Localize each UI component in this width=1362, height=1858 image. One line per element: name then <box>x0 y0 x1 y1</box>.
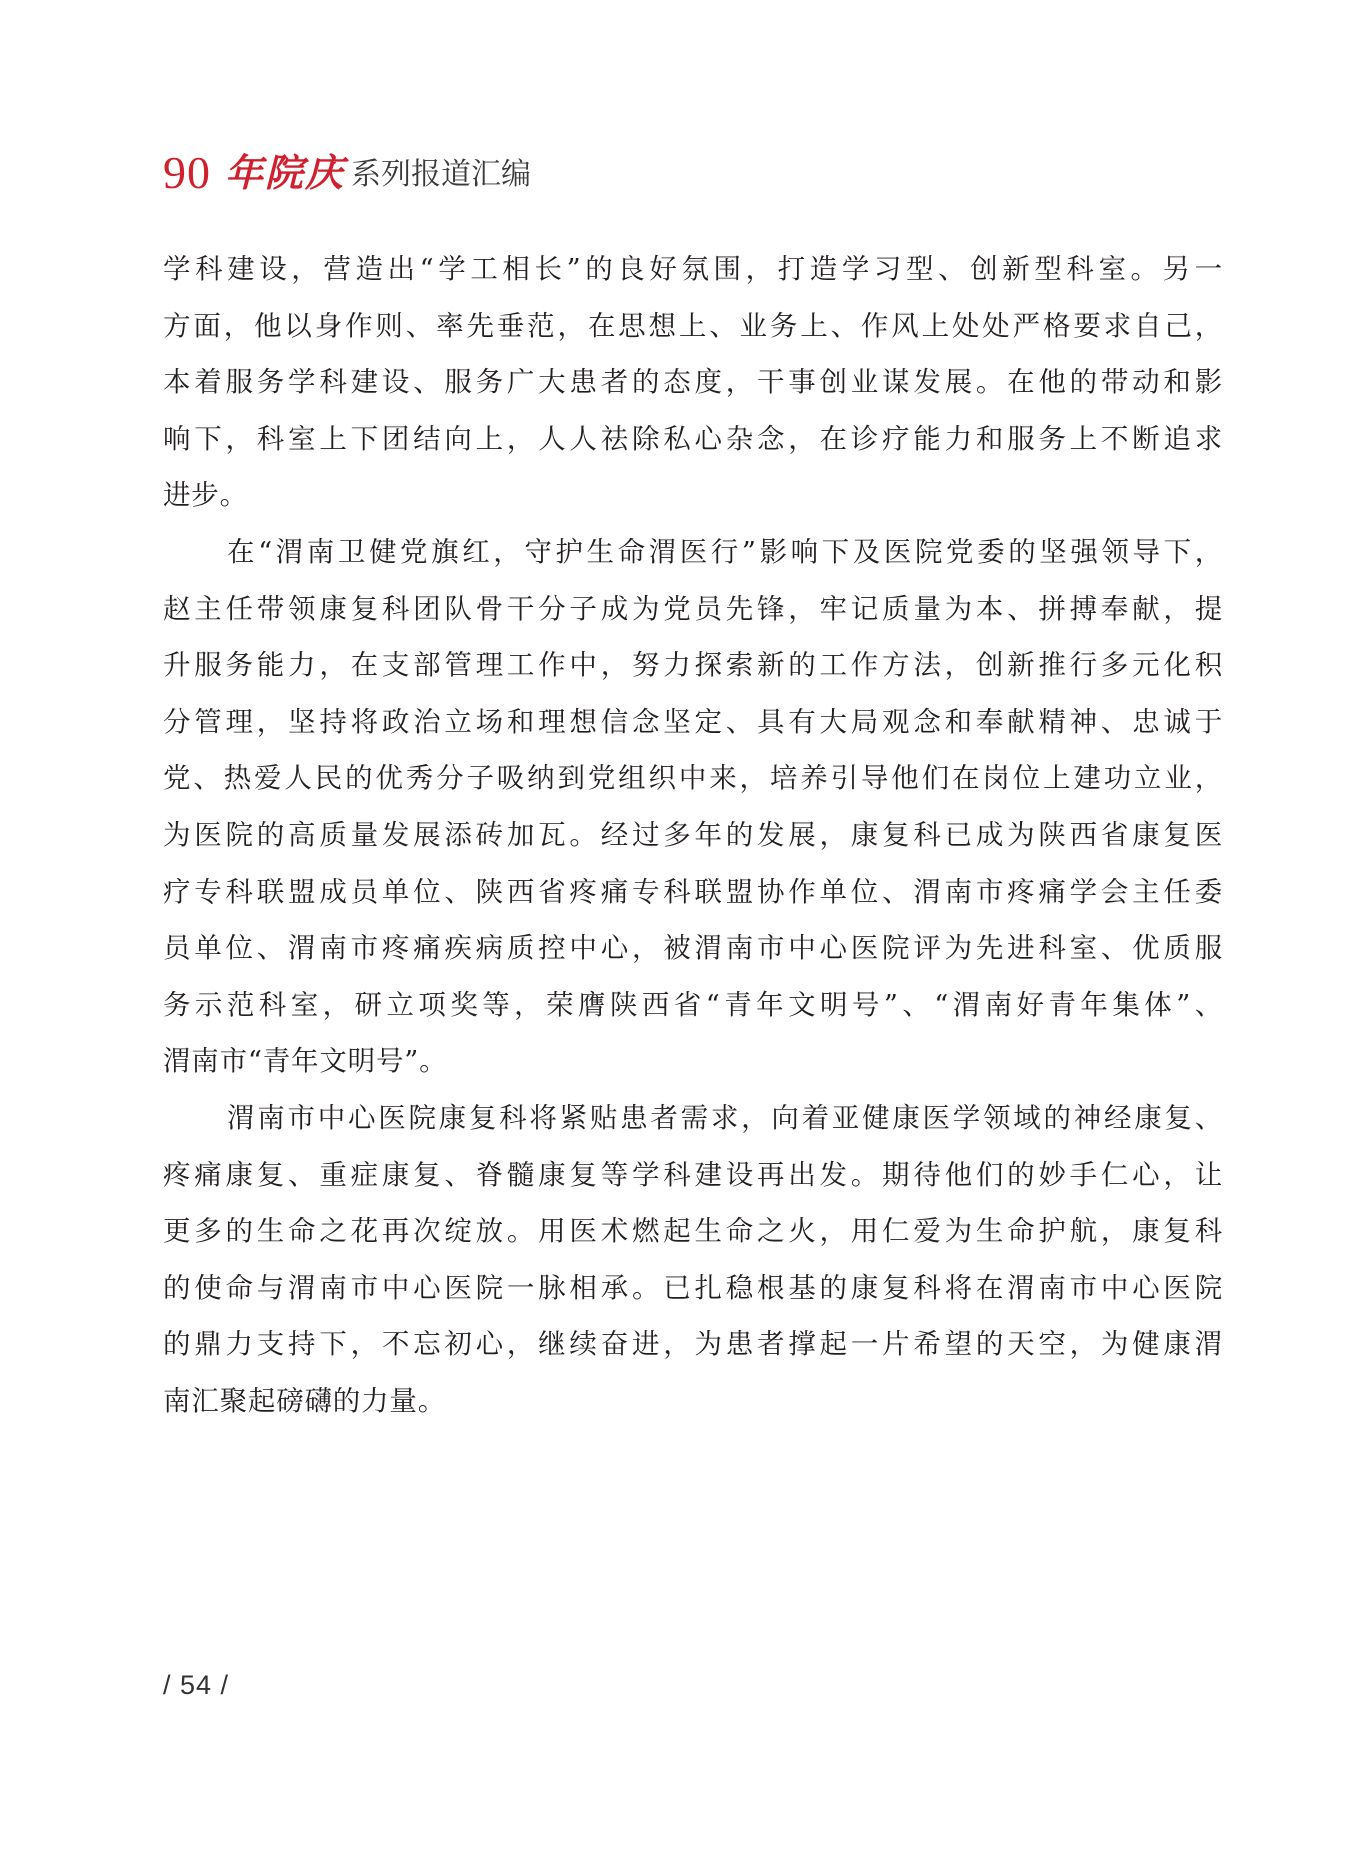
header-anniversary-title: 年院庆 <box>225 148 345 198</box>
paragraph: 学科建设，营造出“学工相长”的良好氛围，打造学习型、创新型科室。另一 方面，他以… <box>163 241 1223 524</box>
page-number: / 54 / <box>163 1670 229 1701</box>
header-series-subtitle: 系列报道汇编 <box>351 152 531 198</box>
text-line: 在“渭南卫健党旗红，守护生命渭医行”影响下及医院党委的坚强领导下， <box>163 524 1223 581</box>
page-header: 90 年院庆 系列报道汇编 <box>163 148 531 198</box>
text-line: 分管理，坚持将政治立场和理想信念坚定、具有大局观念和奉献精神、忠诚于 <box>163 694 1223 751</box>
paragraph: 在“渭南卫健党旗红，守护生命渭医行”影响下及医院党委的坚强领导下， 赵主任带领康… <box>163 524 1223 1090</box>
text-line: 员单位、渭南市疼痛疾病质控中心，被渭南市中心医院评为先进科室、优质服 <box>163 920 1223 977</box>
text-line: 升服务能力，在支部管理工作中，努力探索新的工作方法，创新推行多元化积 <box>163 637 1223 694</box>
text-line: 赵主任带领康复科团队骨干分子成为党员先锋，牢记质量为本、拼搏奉献，提 <box>163 581 1223 638</box>
text-line: 响下，科室上下团结向上，人人祛除私心杂念，在诊疗能力和服务上不断追求 <box>163 411 1223 468</box>
text-line: 渭南市中心医院康复科将紧贴患者需求，向着亚健康医学领域的神经康复、 <box>163 1090 1223 1147</box>
text-line: 进步。 <box>163 467 1223 524</box>
text-line: 南汇聚起磅礴的力量。 <box>163 1373 1223 1430</box>
article-body: 学科建设，营造出“学工相长”的良好氛围，打造学习型、创新型科室。另一 方面，他以… <box>163 241 1223 1429</box>
text-line: 的鼎力支持下，不忘初心，继续奋进，为患者撑起一片希望的天空，为健康渭 <box>163 1316 1223 1373</box>
text-line: 学科建设，营造出“学工相长”的良好氛围，打造学习型、创新型科室。另一 <box>163 241 1223 298</box>
header-anniversary-number: 90 <box>163 148 211 198</box>
text-line: 渭南市“青年文明号”。 <box>163 1033 1223 1090</box>
paragraph: 渭南市中心医院康复科将紧贴患者需求，向着亚健康医学领域的神经康复、 疼痛康复、重… <box>163 1090 1223 1430</box>
text-line: 为医院的高质量发展添砖加瓦。经过多年的发展，康复科已成为陕西省康复医 <box>163 807 1223 864</box>
text-line: 本着服务学科建设、服务广大患者的态度，干事创业谋发展。在他的带动和影 <box>163 354 1223 411</box>
text-line: 疼痛康复、重症康复、脊髓康复等学科建设再出发。期待他们的妙手仁心，让 <box>163 1147 1223 1204</box>
text-line: 党、热爱人民的优秀分子吸纳到党组织中来，培养引导他们在岗位上建功立业， <box>163 750 1223 807</box>
text-line: 的使命与渭南市中心医院一脉相承。已扎稳根基的康复科将在渭南市中心医院 <box>163 1260 1223 1317</box>
text-line: 务示范科室，研立项奖等，荣膺陕西省“青年文明号”、“渭南好青年集体”、 <box>163 977 1223 1034</box>
text-line: 更多的生命之花再次绽放。用医术燃起生命之火，用仁爱为生命护航，康复科 <box>163 1203 1223 1260</box>
text-line: 疗专科联盟成员单位、陕西省疼痛专科联盟协作单位、渭南市疼痛学会主任委 <box>163 864 1223 921</box>
text-line: 方面，他以身作则、率先垂范，在思想上、业务上、作风上处处严格要求自己， <box>163 298 1223 355</box>
